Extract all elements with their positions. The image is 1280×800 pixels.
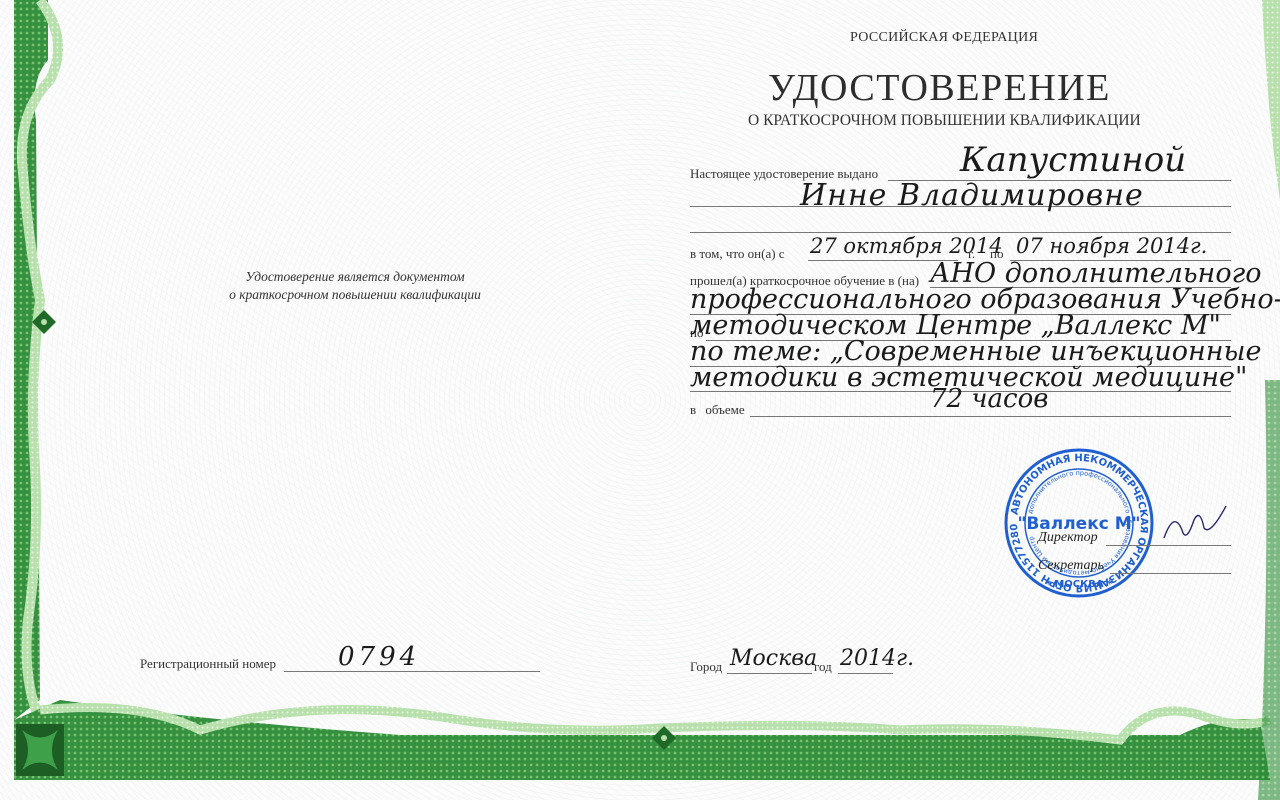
- blank-line: [690, 232, 1231, 233]
- year-label: год: [814, 659, 832, 675]
- organization-stamp: АВТОНОМНАЯ НЕКОММЕРЧЕСКАЯ ОРГАНИЗАЦИЯ ОГ…: [1003, 447, 1155, 599]
- volume-value: 72 часов: [930, 384, 1048, 414]
- director-signature: [1160, 500, 1230, 550]
- period-to: 07 ноября 2014г.: [1016, 234, 1207, 258]
- director-label: Директор: [1038, 530, 1098, 546]
- note-line-2: о краткосрочном повышении квалификации: [205, 286, 505, 304]
- registration-number: 0794: [338, 642, 420, 672]
- year-line: [838, 673, 893, 674]
- period-label: в том, что он(а) с: [690, 246, 785, 262]
- stamp-city: * МОСКВА *: [1046, 579, 1114, 590]
- city-line: [727, 673, 812, 674]
- country-header: РОССИЙСКАЯ ФЕДЕРАЦИЯ: [850, 30, 1038, 46]
- recipient-name-patronymic: Инне Владимировне: [800, 178, 1144, 213]
- left-page-note: Удостоверение является документом о крат…: [205, 268, 505, 304]
- secretary-signature-line: [1110, 573, 1231, 574]
- volume-label: в объеме: [690, 402, 745, 418]
- volume-line: [750, 416, 1231, 417]
- secretary-label: Секретарь: [1038, 558, 1104, 574]
- document-title: УДОСТОВЕРЕНИЕ: [768, 66, 1111, 110]
- registration-label: Регистрационный номер: [140, 656, 276, 672]
- note-line-1: Удостоверение является документом: [205, 268, 505, 286]
- document-subtitle: О КРАТКОСРОЧНОМ ПОВЫШЕНИИ КВАЛИФИКАЦИИ: [748, 112, 1141, 130]
- city-value: Москва: [730, 646, 817, 671]
- recipient-surname: Капустиной: [960, 140, 1186, 180]
- city-label: Город: [690, 659, 722, 675]
- year-value: 2014г.: [840, 646, 914, 671]
